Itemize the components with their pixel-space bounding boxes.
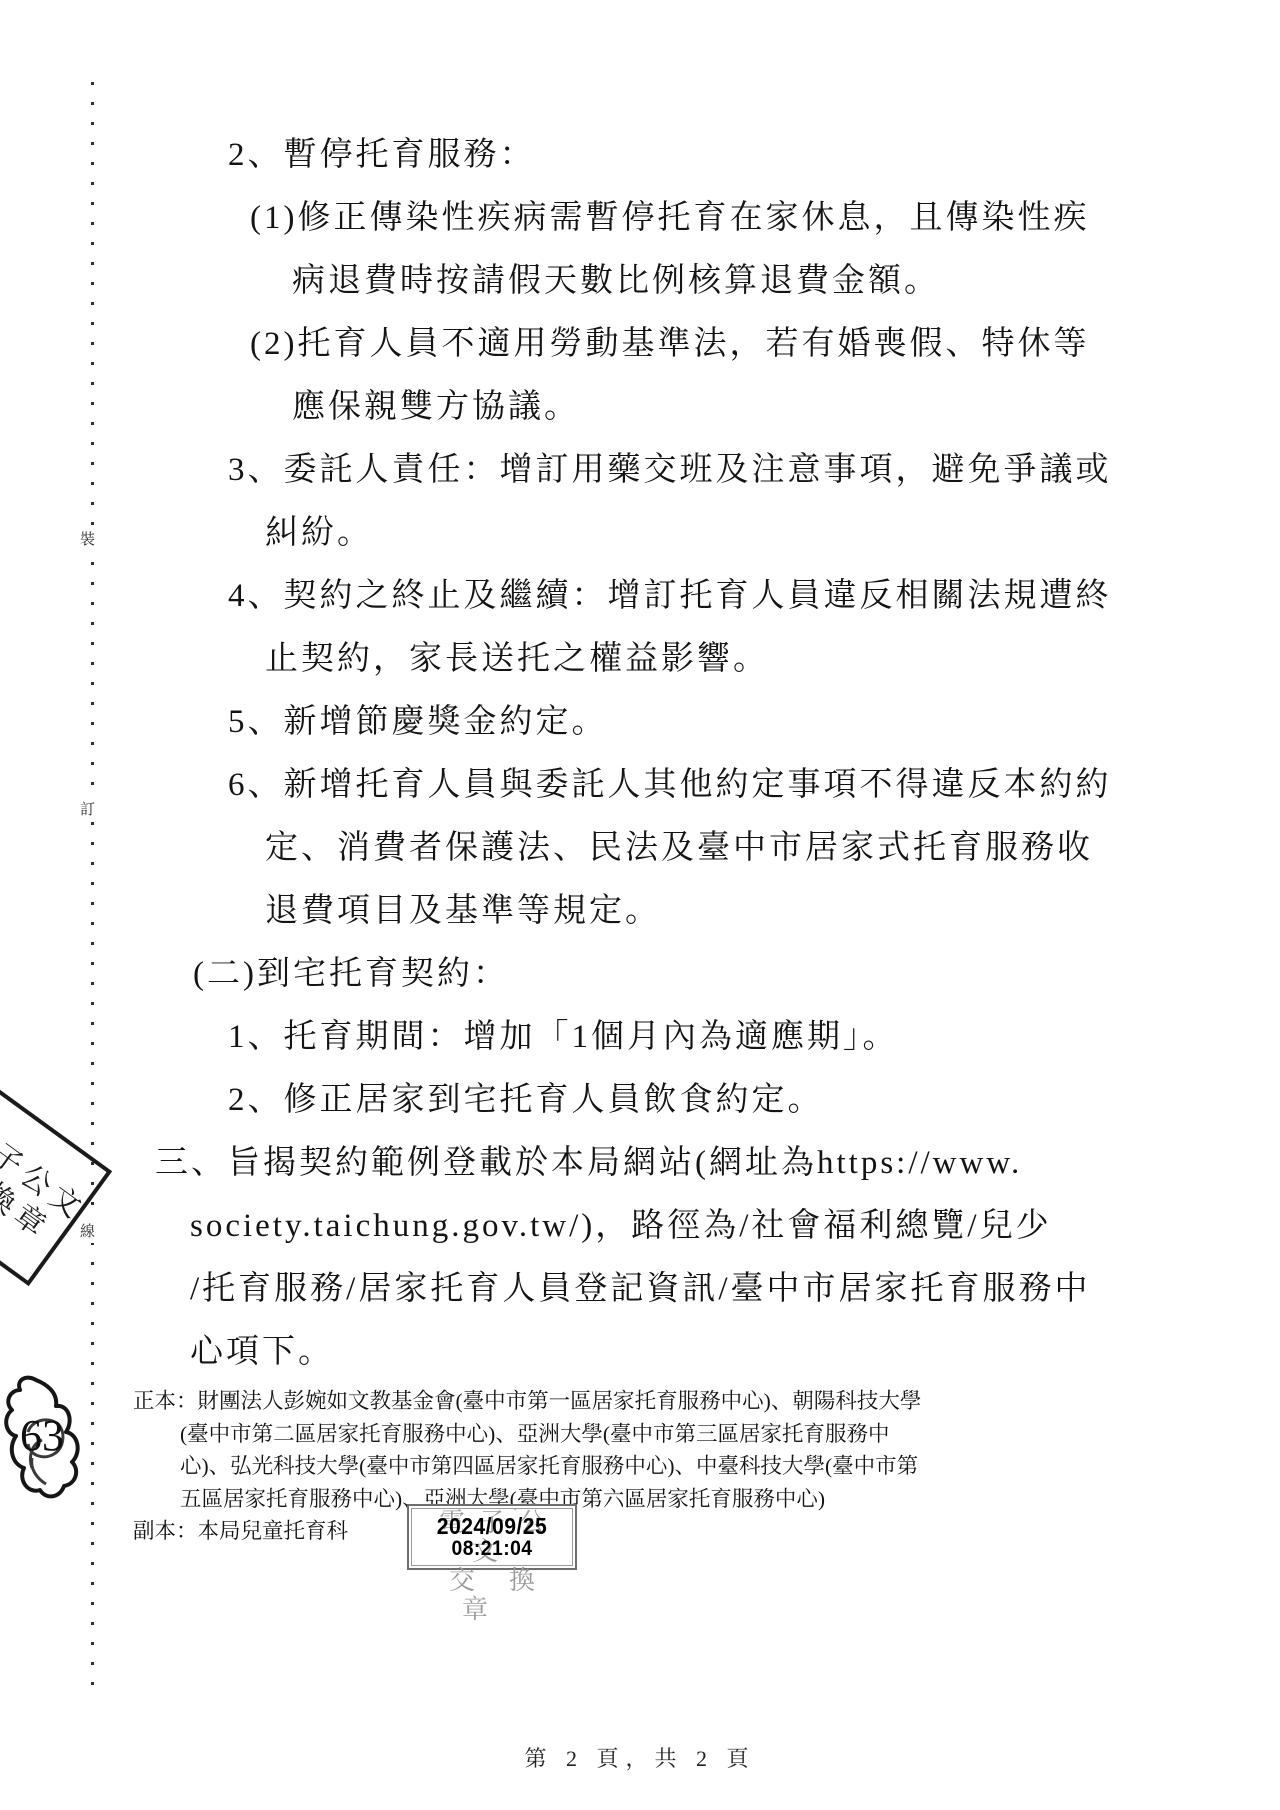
body-line-text: 2、暫停托育服務： — [228, 137, 536, 173]
body-line: 6、新增托育人員與委託人其他約定事項不得違反本約約 — [0, 754, 1280, 817]
body-line-text: 病退費時按請假天數比例核算退費金額。 — [292, 263, 940, 299]
distribution-line: 副本：本局兒童托育科 — [0, 1515, 1280, 1548]
body-line-text: 退費項目及基準等規定。 — [265, 893, 661, 929]
body-line-text: 糾紛。 — [265, 515, 373, 551]
scanned-official-document-page: 裝 訂 線 電子公文 交換章 63 2、暫停托育服務： (1)修正傳染性疾病需暫… — [0, 0, 1280, 1810]
body-line-text: 4、契約之終止及繼續：增訂托育人員違反相關法規遭終 — [228, 578, 1112, 614]
body-line: (2)托育人員不適用勞動基準法，若有婚喪假、特休等 — [0, 313, 1280, 376]
page-number: 第 2 頁，共 2 頁 — [0, 1742, 1280, 1773]
body-line: 三、旨揭契約範例登載於本局網站(網址為https://www. — [0, 1132, 1280, 1195]
body-line-text: 應保親雙方協議。 — [292, 389, 580, 425]
body-line-text: (二)到宅托育契約： — [193, 956, 509, 992]
body-line: 3、委託人責任：增訂用藥交班及注意事項，避免爭議或 — [0, 439, 1280, 502]
body-line: 退費項目及基準等規定。 — [0, 880, 1280, 943]
distribution-block: 正本：財團法人彭婉如文教基金會(臺中市第一區居家托育服務中心)、朝陽科技大學 (… — [0, 1385, 1280, 1548]
document-body: 2、暫停托育服務： (1)修正傳染性疾病需暫停托育在家休息，且傳染性疾 病退費時… — [0, 124, 1280, 1384]
distribution-line: 正本：財團法人彭婉如文教基金會(臺中市第一區居家托育服務中心)、朝陽科技大學 — [0, 1385, 1280, 1418]
distribution-line-text: 心)、弘光科技大學(臺中市第四區居家托育服務中心)、中臺科技大學(臺中市第 — [180, 1454, 918, 1478]
body-line: 1、托育期間：增加「1個月內為適應期」。 — [0, 1006, 1280, 1069]
body-line-text: 定、消費者保護法、民法及臺中市居家式托育服務收 — [265, 830, 1093, 866]
body-line-text: 6、新增托育人員與委託人其他約定事項不得違反本約約 — [228, 767, 1112, 803]
exchange-stamp-datetime: 2024/09/25 08:21:04 — [416, 1506, 569, 1568]
body-line: 5、新增節慶獎金約定。 — [0, 691, 1280, 754]
distribution-line: 心)、弘光科技大學(臺中市第四區居家托育服務中心)、中臺科技大學(臺中市第 — [0, 1450, 1280, 1483]
body-line-text: 止契約，家長送托之權益影響。 — [265, 641, 769, 677]
body-line: 2、暫停托育服務： — [0, 124, 1280, 187]
distribution-line-text: 正本：財團法人彭婉如文教基金會(臺中市第一區居家托育服務中心)、朝陽科技大學 — [133, 1389, 921, 1413]
body-line-text: (1)修正傳染性疾病需暫停托育在家休息，且傳染性疾 — [250, 200, 1089, 236]
body-line-text: 心項下。 — [190, 1334, 334, 1370]
body-line-text: society.taichung.gov.tw/)，路徑為/社會福利總覽/兒少 — [190, 1208, 1052, 1244]
distribution-line: (臺中市第二區居家托育服務中心)、亞洲大學(臺中市第三區居家托育服務中 — [0, 1418, 1280, 1451]
body-line-text: 5、新增節慶獎金約定。 — [228, 704, 608, 740]
body-line: /托育服務/居家托育人員登記資訊/臺中市居家托育服務中 — [0, 1258, 1280, 1321]
body-line-text: 三、旨揭契約範例登載於本局網站(網址為https://www. — [155, 1145, 1022, 1181]
exchange-stamp-time: 08:21:04 — [416, 1538, 569, 1559]
distribution-line: 五區居家托育服務中心)、亞洲大學(臺中市第六區居家托育服務中心) — [0, 1483, 1280, 1516]
body-line: 糾紛。 — [0, 502, 1280, 565]
body-line: (1)修正傳染性疾病需暫停托育在家休息，且傳染性疾 — [0, 187, 1280, 250]
body-line: 4、契約之終止及繼續：增訂托育人員違反相關法規遭終 — [0, 565, 1280, 628]
body-line-text: (2)托育人員不適用勞動基準法，若有婚喪假、特休等 — [250, 326, 1089, 362]
body-line-text: 3、委託人責任：增訂用藥交班及注意事項，避免爭議或 — [228, 452, 1112, 488]
distribution-line-text: (臺中市第二區居家托育服務中心)、亞洲大學(臺中市第三區居家托育服務中 — [180, 1422, 889, 1446]
body-line-text: /托育服務/居家托育人員登記資訊/臺中市居家托育服務中 — [190, 1271, 1091, 1307]
exchange-stamp-date: 2024/09/25 — [416, 1515, 569, 1538]
exchange-stamp-row2: 交換章 — [411, 1566, 573, 1624]
body-line: 心項下。 — [0, 1321, 1280, 1384]
body-line: society.taichung.gov.tw/)，路徑為/社會福利總覽/兒少 — [0, 1195, 1280, 1258]
body-line: 定、消費者保護法、民法及臺中市居家式托育服務收 — [0, 817, 1280, 880]
body-line-text: 1、托育期間：增加「1個月內為適應期」。 — [228, 1019, 899, 1055]
body-line: 應保親雙方協議。 — [0, 376, 1280, 439]
electronic-exchange-stamp: 電子公文 交換章 2024/09/25 08:21:04 — [407, 1504, 577, 1570]
body-line: (二)到宅托育契約： — [0, 943, 1280, 1006]
body-line: 病退費時按請假天數比例核算退費金額。 — [0, 250, 1280, 313]
body-line-text: 2、修正居家到宅托育人員飲食約定。 — [228, 1082, 824, 1118]
body-line: 止契約，家長送托之權益影響。 — [0, 628, 1280, 691]
distribution-line-text: 副本：本局兒童托育科 — [133, 1519, 348, 1543]
body-line: 2、修正居家到宅托育人員飲食約定。 — [0, 1069, 1280, 1132]
